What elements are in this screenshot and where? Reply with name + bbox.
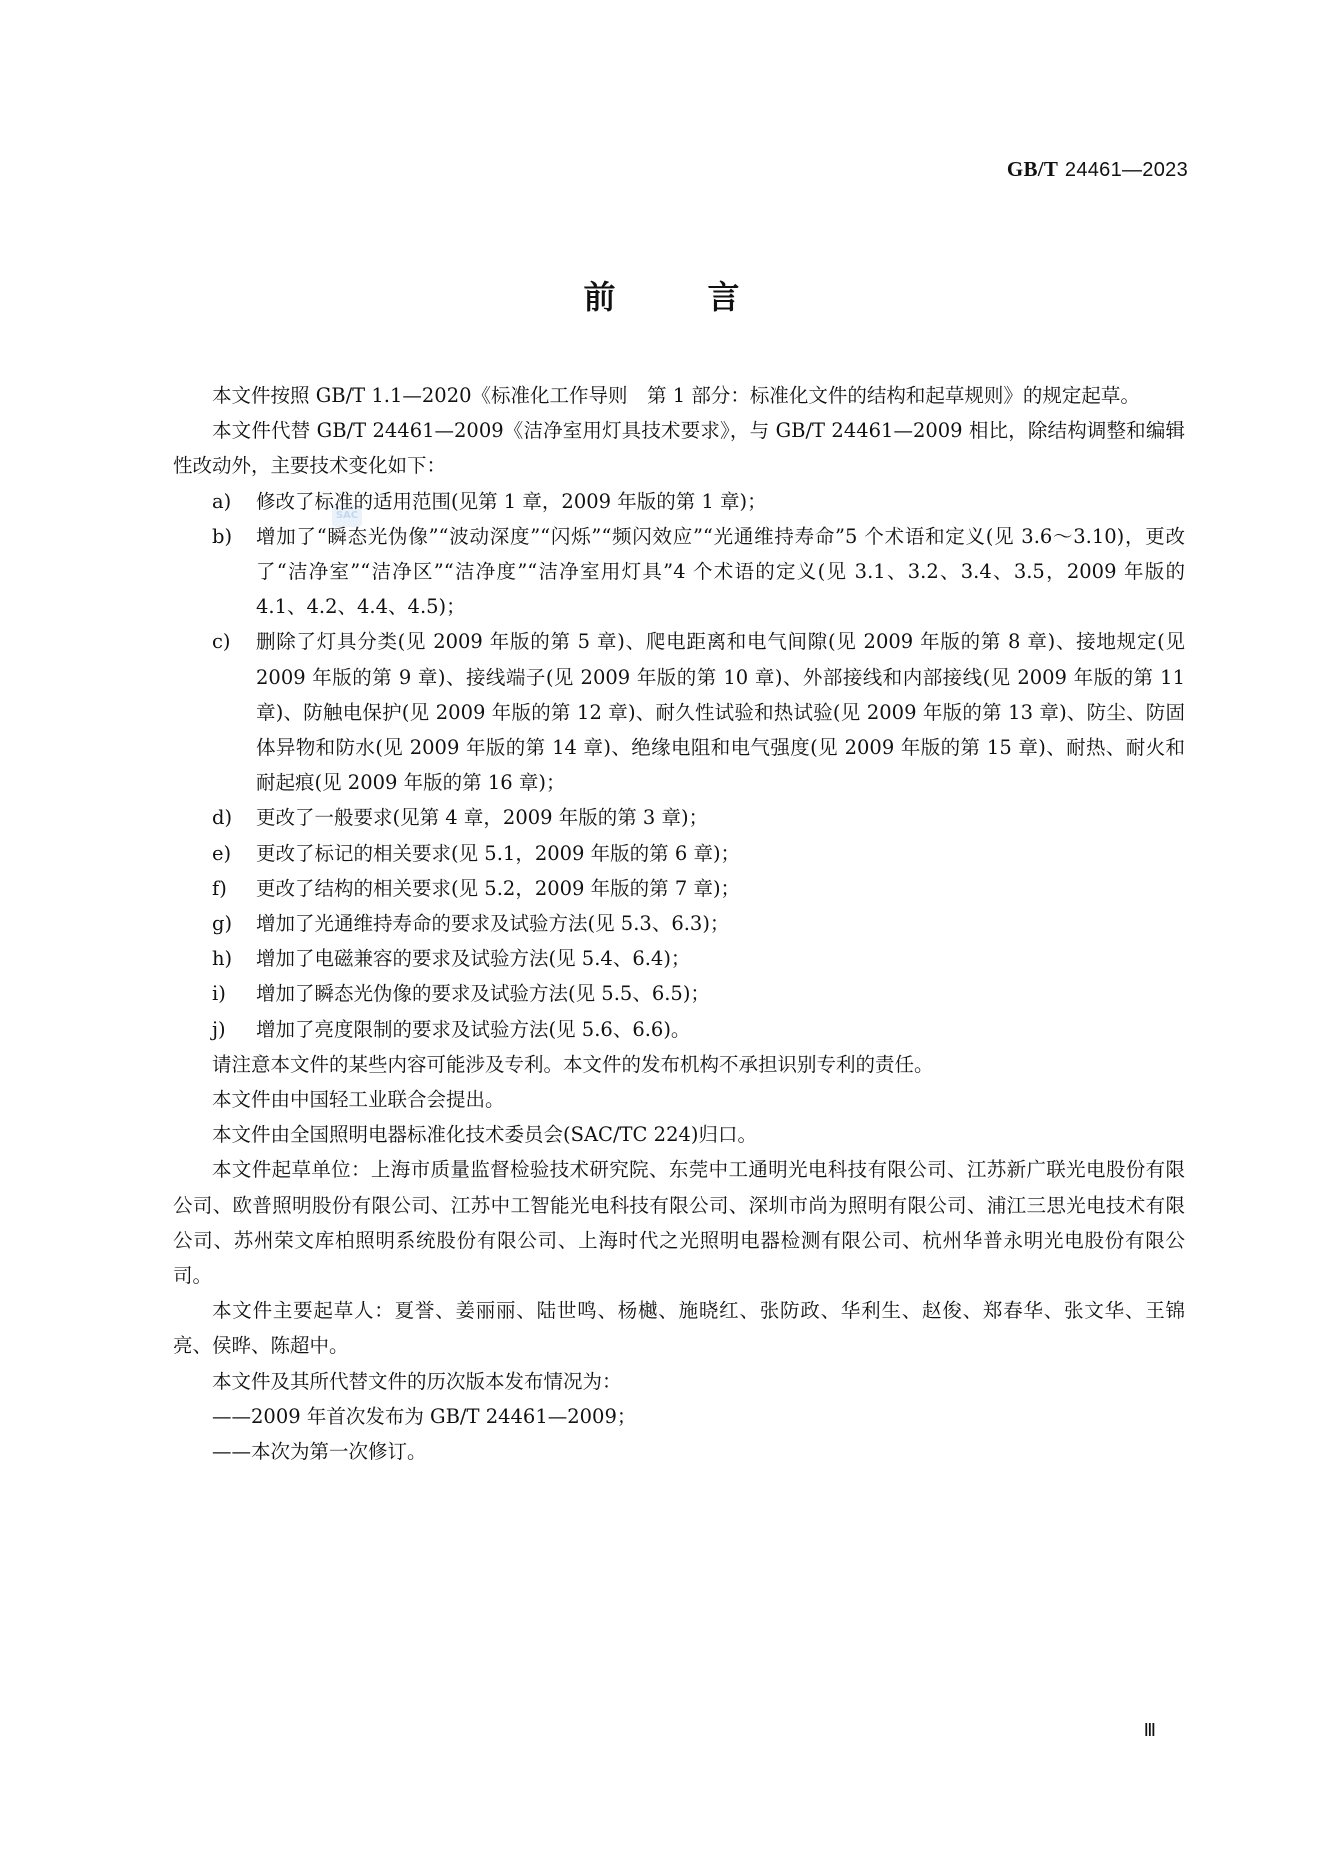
list-item-label: i): [212, 976, 256, 1011]
standard-number-header: GB/T 24461—2023: [1007, 157, 1188, 182]
version-history-item: ——2009 年首次发布为 GB/T 24461—2009；: [173, 1399, 1185, 1434]
version-history-intro: 本文件及其所代替文件的历次版本发布情况为：: [173, 1364, 1185, 1399]
drafting-units: 本文件起草单位：上海市质量监督检验技术研究院、东莞中工通明光电科技有限公司、江苏…: [173, 1152, 1185, 1293]
version-history-item: ——本次为第一次修订。: [173, 1434, 1185, 1469]
list-item: c)删除了灯具分类(见 2009 年版的第 5 章)、爬电距离和电气间隙(见 2…: [173, 624, 1185, 800]
list-item: g)增加了光通维持寿命的要求及试验方法(见 5.3、6.3)；: [173, 906, 1185, 941]
list-item-text: 更改了一般要求(见第 4 章，2009 年版的第 3 章)；: [256, 800, 1185, 835]
list-item: h)增加了电磁兼容的要求及试验方法(见 5.4、6.4)；: [173, 941, 1185, 976]
list-item-label: b): [212, 519, 256, 625]
standard-code: 24461—2023: [1065, 159, 1188, 181]
list-item-text: 删除了灯具分类(见 2009 年版的第 5 章)、爬电距离和电气间隙(见 200…: [256, 624, 1185, 800]
changes-list: a)修改了标准的适用范围(见第 1 章，2009 年版的第 1 章)； b)增加…: [173, 484, 1185, 1047]
list-item-text: 增加了电磁兼容的要求及试验方法(见 5.4、6.4)；: [256, 941, 1185, 976]
replacement-paragraph: 本文件代替 GB/T 24461—2009《洁净室用灯具技术要求》，与 GB/T…: [173, 413, 1185, 483]
list-item-text: 更改了结构的相关要求(见 5.2，2009 年版的第 7 章)；: [256, 871, 1185, 906]
list-item-label: d): [212, 800, 256, 835]
standard-prefix: GB/T: [1007, 157, 1058, 181]
patent-notice: 请注意本文件的某些内容可能涉及专利。本文件的发布机构不承担识别专利的责任。: [173, 1047, 1185, 1082]
foreword-body: 本文件按照 GB/T 1.1—2020《标准化工作导则 第 1 部分：标准化文件…: [173, 378, 1185, 1469]
list-item-text: 增加了光通维持寿命的要求及试验方法(见 5.3、6.3)；: [256, 906, 1185, 941]
list-item: a)修改了标准的适用范围(见第 1 章，2009 年版的第 1 章)；: [173, 484, 1185, 519]
list-item-label: h): [212, 941, 256, 976]
list-item-label: g): [212, 906, 256, 941]
list-item-text: 修改了标准的适用范围(见第 1 章，2009 年版的第 1 章)；: [256, 484, 1185, 519]
list-item: e)更改了标记的相关要求(见 5.1，2009 年版的第 6 章)；: [173, 836, 1185, 871]
list-item-label: c): [212, 624, 256, 800]
list-item-text: 增加了亮度限制的要求及试验方法(见 5.6、6.6)。: [256, 1012, 1185, 1047]
title-char-2: 言: [708, 272, 740, 318]
list-item-text: 更改了标记的相关要求(见 5.1，2009 年版的第 6 章)；: [256, 836, 1185, 871]
list-item-text: 增加了瞬态光伪像的要求及试验方法(见 5.5、6.5)；: [256, 976, 1185, 1011]
list-item-label: e): [212, 836, 256, 871]
list-item-label: j): [212, 1012, 256, 1047]
drafting-rules-paragraph: 本文件按照 GB/T 1.1—2020《标准化工作导则 第 1 部分：标准化文件…: [173, 378, 1185, 413]
list-item: j)增加了亮度限制的要求及试验方法(见 5.6、6.6)。: [173, 1012, 1185, 1047]
drafters: 本文件主要起草人：夏誉、姜丽丽、陆世鸣、杨樾、施晓红、张防政、华利生、赵俊、郑春…: [173, 1293, 1185, 1363]
list-item-text: 增加了“瞬态光伪像”“波动深度”“闪烁”“频闪效应”“光通维持寿命”5 个术语和…: [256, 519, 1185, 625]
committee-statement: 本文件由全国照明电器标准化技术委员会(SAC/TC 224)归口。: [173, 1117, 1185, 1152]
list-item: b)增加了“瞬态光伪像”“波动深度”“闪烁”“频闪效应”“光通维持寿命”5 个术…: [173, 519, 1185, 625]
proposer-statement: 本文件由中国轻工业联合会提出。: [173, 1082, 1185, 1117]
list-item: d)更改了一般要求(见第 4 章，2009 年版的第 3 章)；: [173, 800, 1185, 835]
page-title: 前言: [0, 272, 1323, 318]
list-item-label: f): [212, 871, 256, 906]
page-number: Ⅲ: [1144, 1720, 1156, 1741]
title-char-1: 前: [583, 272, 615, 318]
list-item: i)增加了瞬态光伪像的要求及试验方法(见 5.5、6.5)；: [173, 976, 1185, 1011]
list-item-label: a): [212, 484, 256, 519]
list-item: f)更改了结构的相关要求(见 5.2，2009 年版的第 7 章)；: [173, 871, 1185, 906]
